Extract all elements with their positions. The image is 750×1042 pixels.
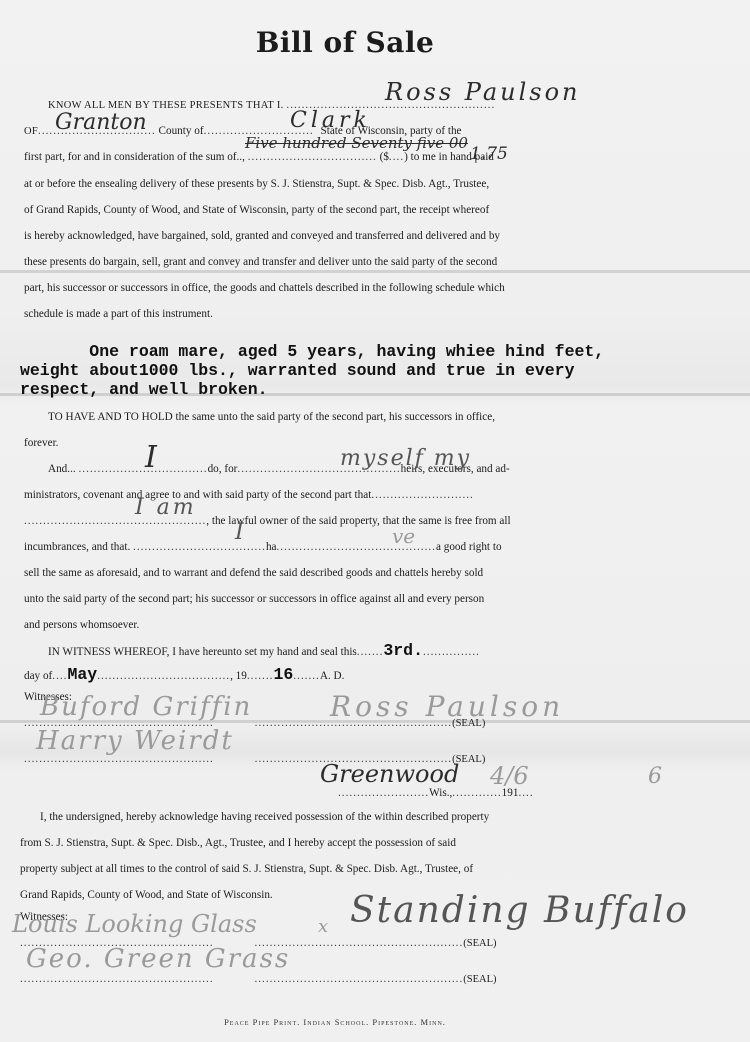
acknowledgment-line: I, the undersigned, hereby acknowledge h… (40, 810, 680, 824)
signature-line: ........................................… (20, 972, 660, 987)
county-handwritten: Clark (290, 108, 371, 133)
habendum-line: unto the said party of the second part; … (24, 592, 664, 606)
ha-label: ha (266, 541, 277, 553)
covenant-text: ministrators, covenant and agree to and … (24, 489, 371, 501)
preamble-line: is hereby acknowledged, have bargained, … (24, 229, 664, 243)
year-digit-handwritten: 6 (648, 764, 662, 789)
schedule-line: One roam mare, aged 5 years, having whie… (20, 342, 720, 361)
of-label: OF (24, 126, 38, 137)
schedule-description: One roam mare, aged 5 years, having whie… (20, 342, 720, 399)
town-handwritten: Granton (55, 110, 147, 135)
place-handwritten: Greenwood (320, 760, 459, 788)
habendum-line: ministrators, covenant and agree to and … (24, 488, 664, 502)
habendum-line: sell the same as aforesaid, and to warra… (24, 566, 664, 580)
day-typed: 3rd. (383, 641, 423, 660)
consideration-text: first part, for and in consideration of … (24, 151, 245, 163)
preamble-line: schedule is made a part of this instrume… (24, 307, 664, 321)
acknowledgment-line: property subject at all times to the con… (20, 862, 664, 876)
for-handwritten: myself my (340, 446, 471, 471)
habendum-line: and persons whomsoever. (24, 618, 664, 632)
county-label: County of (159, 125, 204, 137)
year-prefix: , 19 (230, 670, 247, 682)
good-right-text: a good right to (436, 541, 502, 553)
lawful-owner-text: , the lawful owner of the said property,… (206, 515, 510, 527)
receiver-signature: Standing Buffalo (350, 890, 689, 931)
seller-final-signature: Ross Paulson (330, 690, 564, 723)
habendum-line: TO HAVE AND TO HOLD the same unto the sa… (48, 410, 688, 424)
witness-clause-line: IN WITNESS WHEREOF, I have hereunto set … (48, 644, 688, 659)
habendum-line: incumbrances, and that. ................… (24, 540, 664, 554)
schedule-line: respect, and well broken. (20, 380, 720, 399)
year-typed: 16 (273, 665, 293, 684)
witness1-signature: Buford Griffin (40, 692, 252, 722)
seal-label: (SEAL) (463, 938, 496, 949)
document-title: Bill of Sale (0, 26, 690, 59)
seller-signature: Ross Paulson (385, 78, 581, 106)
that-handwritten: I (235, 520, 244, 545)
month-typed: May (67, 665, 97, 684)
witness2-signature: Harry Weirdt (36, 726, 234, 756)
witness-clause-line: day of....May...........................… (24, 668, 664, 683)
ack-witness1-signature: Louis Looking Glass (12, 910, 257, 938)
and-handwritten: I (145, 440, 157, 475)
am-handwritten: I am (135, 495, 197, 520)
schedule-line: weight about1000 lbs., warranted sound a… (20, 361, 720, 380)
ha-handwritten: ve (392, 524, 415, 548)
seal-label: (SEAL) (463, 974, 496, 985)
do-for-text: do, for (208, 463, 238, 475)
incumbrances-text: incumbrances, and that. (24, 541, 130, 553)
preamble-line: these presents do bargain, sell, grant a… (24, 255, 664, 269)
sum-figure-handwritten: 1.75 (470, 144, 508, 164)
fold-crease (0, 270, 750, 273)
ad-label: A. D. (320, 670, 345, 682)
sum-words-handwritten: Five hundred Seventy five 00 (245, 134, 468, 152)
x-mark: x (318, 916, 328, 937)
wis-label: Wis., (429, 787, 452, 799)
preamble-line: at or before the ensealing delivery of t… (24, 177, 664, 191)
sum-prefix: ($ (380, 151, 389, 163)
ack-witness2-signature: Geo. Green Grass (26, 944, 290, 974)
acknowledgment-line: from S. J. Stienstra, Supt. & Spec. Disb… (20, 836, 664, 850)
document-page: Bill of Sale KNOW ALL MEN BY THESE PRESE… (0, 0, 750, 1042)
preamble-line: first part, for and in consideration of … (24, 150, 664, 164)
witness-clause-text: IN WITNESS WHEREOF, I have hereunto set … (48, 646, 357, 658)
habendum-line: ........................................… (24, 514, 664, 528)
preamble-line: part, his successor or successors in off… (24, 281, 664, 295)
date-handwritten: 4/6 (490, 762, 529, 790)
and-label: And... (48, 463, 76, 475)
printer-footer: Peace Pipe Print. Indian School. Pipesto… (0, 1017, 670, 1027)
day-of-label: day of (24, 670, 52, 682)
fill-dots: .................................. (248, 151, 377, 163)
preamble-line: of Grand Rapids, County of Wood, and Sta… (24, 203, 664, 217)
